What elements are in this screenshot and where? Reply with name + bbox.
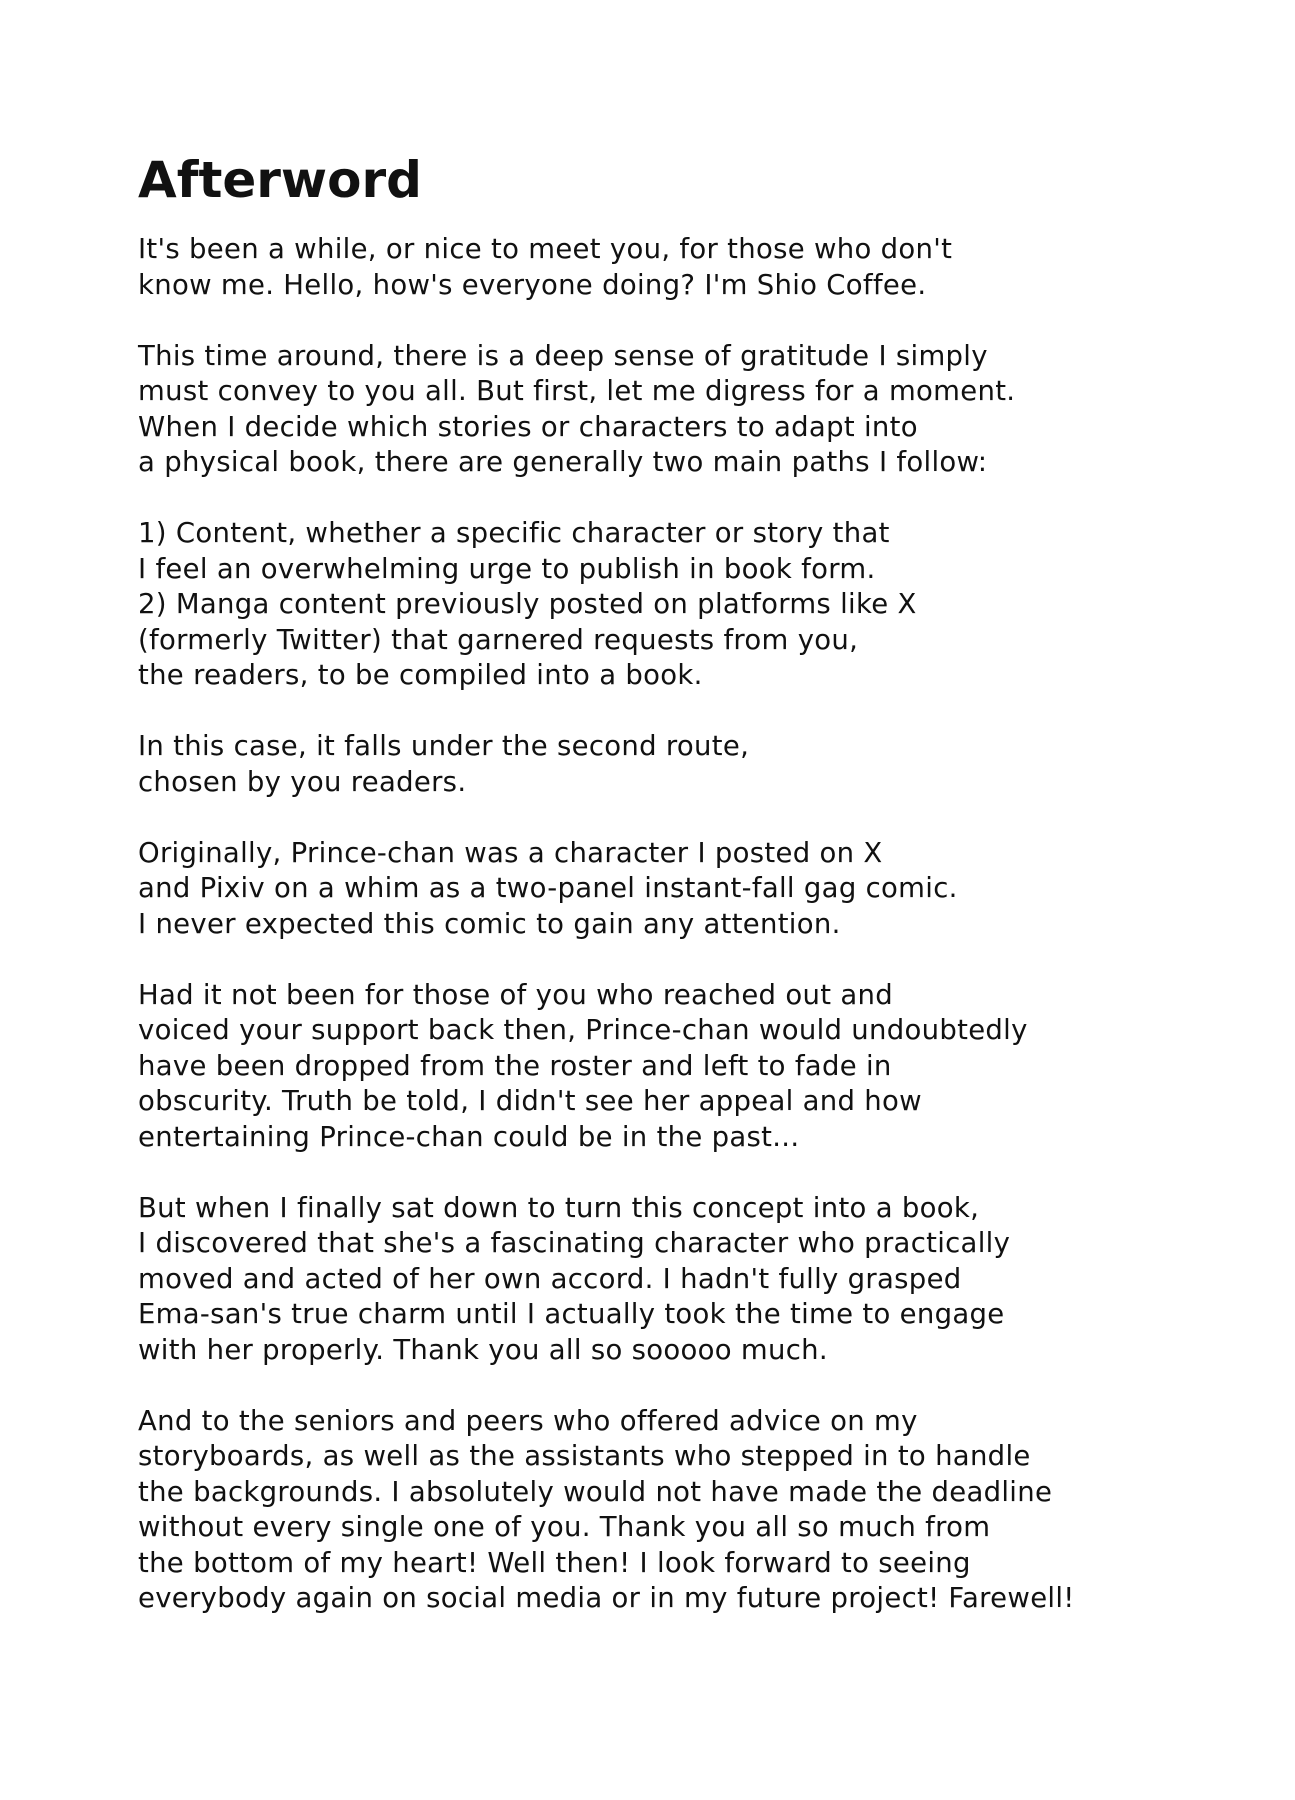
text-line: 2) Manga content previously posted on pl… <box>138 587 1258 623</box>
text-line: But when I finally sat down to turn this… <box>138 1191 1258 1227</box>
page-title: Afterword <box>138 150 422 210</box>
afterword-body: It's been a while, or nice to meet you, … <box>138 232 1258 1652</box>
text-line: Ema-san's true charm until I actually to… <box>138 1297 1258 1333</box>
text-line: And to the seniors and peers who offered… <box>138 1404 1258 1440</box>
paragraph-paths-list: 1) Content, whether a specific character… <box>138 516 1258 694</box>
text-line: Had it not been for those of you who rea… <box>138 978 1258 1014</box>
text-line: everybody again on social media or in my… <box>138 1581 1258 1617</box>
text-line: I discovered that she's a fascinating ch… <box>138 1226 1258 1262</box>
paragraph-thanks: And to the seniors and peers who offered… <box>138 1404 1258 1617</box>
text-line: know me. Hello, how's everyone doing? I'… <box>138 268 1258 304</box>
paragraph-support: Had it not been for those of you who rea… <box>138 978 1258 1156</box>
text-line: with her properly. Thank you all so sooo… <box>138 1333 1258 1369</box>
text-line: 1) Content, whether a specific character… <box>138 516 1258 552</box>
text-line: have been dropped from the roster and le… <box>138 1049 1258 1085</box>
text-line: chosen by you readers. <box>138 765 1258 801</box>
text-line: the readers, to be compiled into a book. <box>138 658 1258 694</box>
afterword-page: Afterword It's been a while, or nice to … <box>0 0 1295 1800</box>
text-line: must convey to you all. But first, let m… <box>138 374 1258 410</box>
text-line: (formerly Twitter) that garnered request… <box>138 623 1258 659</box>
text-line: a physical book, there are generally two… <box>138 445 1258 481</box>
text-line: without every single one of you. Thank y… <box>138 1510 1258 1546</box>
text-line: obscurity. Truth be told, I didn't see h… <box>138 1084 1258 1120</box>
text-line: This time around, there is a deep sense … <box>138 339 1258 375</box>
paragraph-origin: Originally, Prince-chan was a character … <box>138 836 1258 943</box>
paragraph-second-route: In this case, it falls under the second … <box>138 729 1258 800</box>
text-line: It's been a while, or nice to meet you, … <box>138 232 1258 268</box>
paragraph-discovery: But when I finally sat down to turn this… <box>138 1191 1258 1369</box>
text-line: entertaining Prince-chan could be in the… <box>138 1120 1258 1156</box>
text-line: moved and acted of her own accord. I had… <box>138 1262 1258 1298</box>
text-line: Originally, Prince-chan was a character … <box>138 836 1258 872</box>
text-line: storyboards, as well as the assistants w… <box>138 1439 1258 1475</box>
text-line: and Pixiv on a whim as a two-panel insta… <box>138 871 1258 907</box>
paragraph-gratitude: This time around, there is a deep sense … <box>138 339 1258 481</box>
text-line: voiced your support back then, Prince-ch… <box>138 1013 1258 1049</box>
text-line: the bottom of my heart! Well then! I loo… <box>138 1546 1258 1582</box>
text-line: In this case, it falls under the second … <box>138 729 1258 765</box>
paragraph-greeting: It's been a while, or nice to meet you, … <box>138 232 1258 303</box>
text-line: When I decide which stories or character… <box>138 410 1258 446</box>
text-line: the backgrounds. I absolutely would not … <box>138 1475 1258 1511</box>
text-line: I feel an overwhelming urge to publish i… <box>138 552 1258 588</box>
text-line: I never expected this comic to gain any … <box>138 907 1258 943</box>
